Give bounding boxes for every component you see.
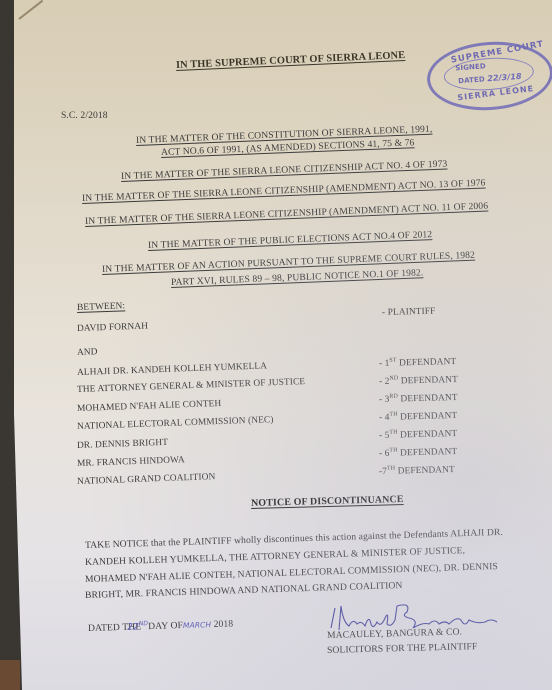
notice-body-line: KANDEH KOLLEH YUMKELLA, THE ATTORNEY GEN… — [85, 545, 465, 568]
matter-line: IN THE MATTER OF THE SIERRA LEONE CITIZE… — [121, 158, 448, 182]
matter-line: IN THE MATTER OF THE CONSTITUTION OF SIE… — [136, 124, 433, 146]
defendant-name: MOHAMED N'FAH ALIE CONTEH — [77, 399, 222, 414]
matter-line: IN THE MATTER OF AN ACTION PURSUANT TO T… — [102, 250, 475, 275]
notice-title: NOTICE OF DISCONTINUANCE — [251, 494, 404, 509]
document-content: IN THE SUPREME COURT OF SIERRA LEONE SUP… — [14, 0, 552, 690]
matter-line: ACT NO.6 OF 1991, (AS AMENDED) SECTIONS … — [161, 137, 415, 158]
matter-line: IN THE MATTER OF THE SIERRA LEONE CITIZE… — [85, 201, 489, 227]
matter-line: IN THE MATTER OF THE PUBLIC ELECTIONS AC… — [148, 229, 433, 251]
stamp-bottom-text: SIERRA LEONE — [457, 84, 535, 102]
defendant-role: - 2ND DEFENDANT — [379, 374, 458, 387]
stamp-dated-value: 22/3/18 — [487, 72, 522, 83]
defendant-role: - 6TH DEFENDANT — [379, 446, 458, 459]
defendant-name: DR. DENNIS BRIGHT — [77, 438, 168, 451]
defendant-role: - 5TH DEFENDANT — [379, 428, 458, 441]
and-label: AND — [77, 347, 98, 358]
dated-line: DATED THE22NDDAY OFMARCH 2018 — [88, 617, 234, 634]
stamp-signed-label: SIGNED — [455, 62, 486, 72]
defendant-name: MR. FRANCIS HINDOWA — [77, 455, 185, 469]
between-label: BETWEEN: — [77, 301, 126, 313]
plaintiff-role: - PLAINTIFF — [382, 307, 436, 318]
notice-body-line: BRIGHT, MR. FRANCIS HINDOWA AND NATIONAL… — [85, 580, 403, 601]
stamp-top-text: SUPREME COURT — [450, 39, 544, 65]
signature — [327, 600, 507, 632]
notice-body-line: TAKE NOTICE that the PLAINTIFF wholly di… — [85, 527, 503, 551]
stamp-dated: DATED 22/3/18 — [458, 72, 522, 85]
stamp-inner-ring — [443, 55, 535, 93]
handwritten-month: MARCH — [183, 620, 211, 630]
defendant-name: NATIONAL GRAND COALITION — [77, 472, 216, 487]
defendant-name: ALHAJI DR. KANDEH KOLLEH YUMKELLA — [77, 361, 267, 378]
plaintiff-name: DAVID FORNAH — [77, 322, 148, 334]
defendant-role: - 3RD DEFENDANT — [379, 392, 458, 405]
court-title: IN THE SUPREME COURT OF SIERRA LEONE — [176, 50, 406, 71]
defendant-role: - 1ST DEFENDANT — [379, 356, 457, 369]
table-edge — [0, 660, 20, 690]
court-stamp: SUPREME COURT SIGNED DATED 22/3/18 SIERR… — [425, 38, 552, 115]
defendant-role: -7TH DEFENDANT — [379, 464, 455, 477]
matter-line: PART XVI, RULES 89 – 98, PUBLIC NOTICE N… — [171, 267, 424, 288]
case-number: S.C. 2/2018 — [61, 110, 108, 121]
handwritten-day: 22ND — [127, 622, 148, 633]
matter-line: IN THE MATTER OF THE SIERRA LEONE CITIZE… — [82, 178, 486, 204]
defendant-name: NATIONAL ELECTORAL COMMISSION (NEC) — [77, 415, 274, 432]
notice-body-line: MOHAMED N'FAH ALIE CONTEH, NATIONAL ELEC… — [85, 561, 498, 585]
pen-mark — [18, 0, 43, 20]
solicitor-role: SOLICITORS FOR THE PLAINTIFF — [327, 641, 478, 656]
defendant-name: THE ATTORNEY GENERAL & MINISTER OF JUSTI… — [77, 377, 306, 395]
defendant-role: - 4TH DEFENDANT — [379, 410, 458, 423]
solicitor-firm: MACAULEY, BANGURA & CO. — [327, 626, 462, 641]
document-page: IN THE SUPREME COURT OF SIERRA LEONE SUP… — [14, 0, 552, 690]
